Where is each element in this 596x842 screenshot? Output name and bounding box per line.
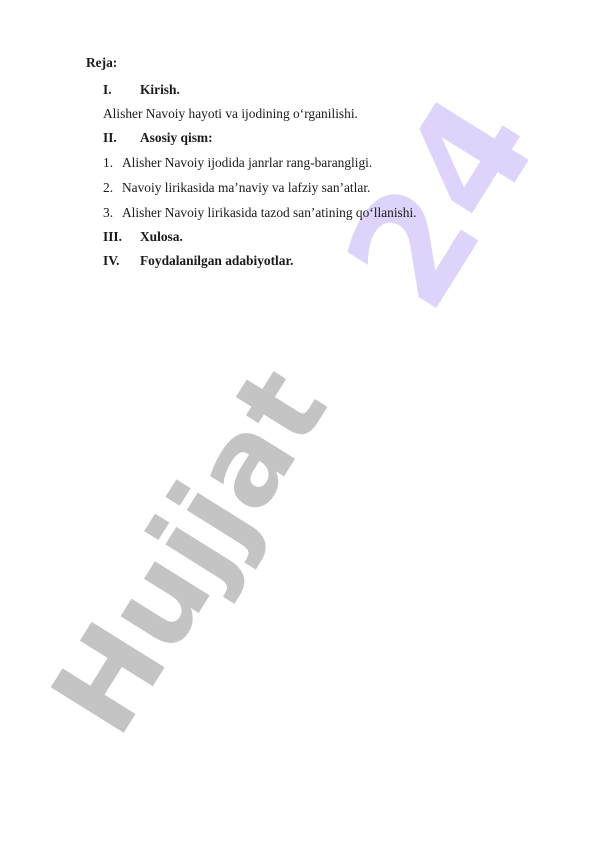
- section-heading: Kirish.: [140, 82, 180, 97]
- plan-title: Reja:: [86, 55, 117, 71]
- section-numeral: II.: [103, 130, 140, 146]
- item-number: 1.: [103, 155, 122, 171]
- section-introduction-text: Alisher Navoiy hayoti va ijodining o‘rga…: [103, 106, 358, 122]
- section-numeral: IV.: [103, 253, 140, 269]
- section-numeral: III.: [103, 229, 140, 245]
- document-page: Reja: I.Kirish. Alisher Navoiy hayoti va…: [0, 0, 596, 842]
- item-text: Alisher Navoiy lirikasida tazod san’atin…: [122, 205, 417, 220]
- section-conclusion: III.Xulosa.: [103, 229, 183, 245]
- section-heading: Foydalanilgan adabiyotlar.: [140, 253, 294, 268]
- list-item: 3.Alisher Navoiy lirikasida tazod san’at…: [103, 205, 417, 221]
- section-numeral: I.: [103, 82, 140, 98]
- item-number: 3.: [103, 205, 122, 221]
- section-references: IV.Foydalanilgan adabiyotlar.: [103, 253, 294, 269]
- section-heading: Xulosa.: [140, 229, 183, 244]
- item-text: Navoiy lirikasida ma’naviy va lafziy san…: [122, 180, 370, 195]
- item-number: 2.: [103, 180, 122, 196]
- list-item: 2.Navoiy lirikasida ma’naviy va lafziy s…: [103, 180, 370, 196]
- list-item: 1.Alisher Navoiy ijodida janrlar rang-ba…: [103, 155, 372, 171]
- section-introduction: I.Kirish.: [103, 82, 180, 98]
- section-main-part: II.Asosiy qism:: [103, 130, 213, 146]
- section-heading: Asosiy qism:: [140, 130, 213, 145]
- item-text: Alisher Navoiy ijodida janrlar rang-bara…: [122, 155, 372, 170]
